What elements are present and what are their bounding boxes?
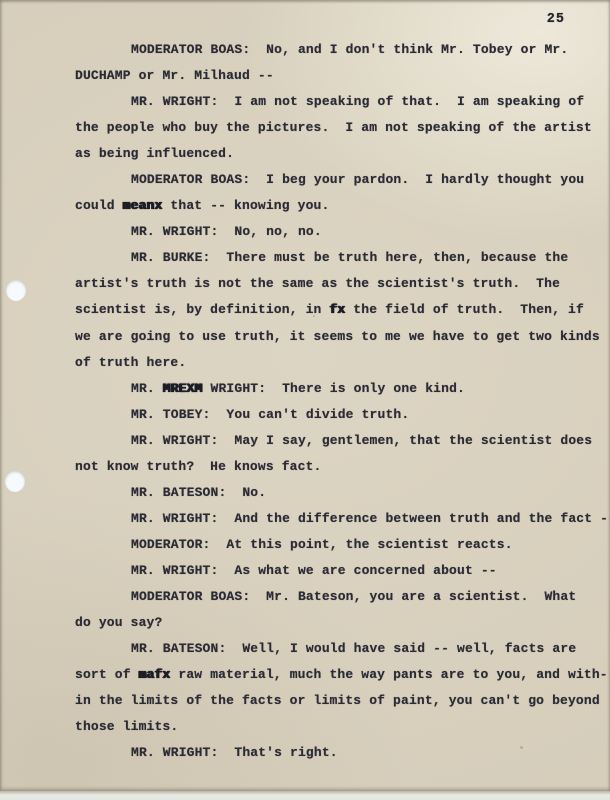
typed-line: of truth here. xyxy=(75,350,594,376)
typed-line: MR. WRIGHT: No, no, no. xyxy=(75,219,594,245)
paper-sheet: 25 MODERATOR BOAS: No, and I don't think… xyxy=(0,0,610,791)
typed-line: do you say? xyxy=(75,610,594,636)
typed-line: MR. BATESON: No. xyxy=(75,480,594,506)
typed-line: MODERATOR BOAS: Mr. Bateson, you are a s… xyxy=(75,584,594,610)
overstruck-text: fx xyxy=(329,302,345,317)
typed-line: MR. WRIGHT: May I say, gentlemen, that t… xyxy=(75,428,594,454)
overstruck-text: mafx xyxy=(139,667,171,682)
scan-speck xyxy=(520,746,523,749)
typed-line: artist's truth is not the same as the sc… xyxy=(75,271,594,297)
typed-line: in the limits of the facts or limits of … xyxy=(75,688,594,714)
overstruck-text: meanx xyxy=(123,198,163,213)
typed-line: MR. WRIGHT: I am not speaking of that. I… xyxy=(75,89,594,115)
typed-line: as being influenced. xyxy=(75,141,594,167)
typed-line: sort of mafx raw material, much the way … xyxy=(75,662,594,688)
hole-punch-top xyxy=(6,280,26,301)
typed-line: scientist is, by definition, in fx the f… xyxy=(75,297,594,323)
typed-line: those limits. xyxy=(75,714,594,740)
transcript-text: MODERATOR BOAS: No, and I don't think Mr… xyxy=(75,37,594,766)
typed-line: the people who buy the pictures. I am no… xyxy=(75,115,594,141)
typed-line: not know truth? He knows fact. xyxy=(75,454,594,480)
typed-line: DUCHAMP or Mr. Milhaud -- xyxy=(75,63,594,89)
typed-line: MR. MREXM WRIGHT: There is only one kind… xyxy=(75,376,594,402)
typed-line: MODERATOR BOAS: No, and I don't think Mr… xyxy=(75,37,594,63)
typed-line: MR. BURKE: There must be truth here, the… xyxy=(75,245,594,271)
typed-line: we are going to use truth, it seems to m… xyxy=(75,324,594,350)
typed-line: MODERATOR BOAS: I beg your pardon. I har… xyxy=(75,167,594,193)
typed-line: could meanx that -- knowing you. xyxy=(75,193,594,219)
page-number: 25 xyxy=(547,12,565,27)
typed-line: MR. TOBEY: You can't divide truth. xyxy=(75,402,594,428)
typed-line: MR. WRIGHT: And the difference between t… xyxy=(75,506,594,532)
typed-line: MR. WRIGHT: That's right. xyxy=(75,740,594,766)
scanned-document: 25 MODERATOR BOAS: No, and I don't think… xyxy=(0,0,610,800)
typed-line: MODERATOR: At this point, the scientist … xyxy=(75,532,594,558)
typed-line: MR. BATESON: Well, I would have said -- … xyxy=(75,636,594,662)
scanner-background-strip xyxy=(0,791,610,800)
overstruck-text: MREXM xyxy=(163,381,203,396)
typed-line: MR. WRIGHT: As what we are concerned abo… xyxy=(75,558,594,584)
hole-punch-bottom xyxy=(5,471,25,492)
scan-speck xyxy=(313,315,315,317)
